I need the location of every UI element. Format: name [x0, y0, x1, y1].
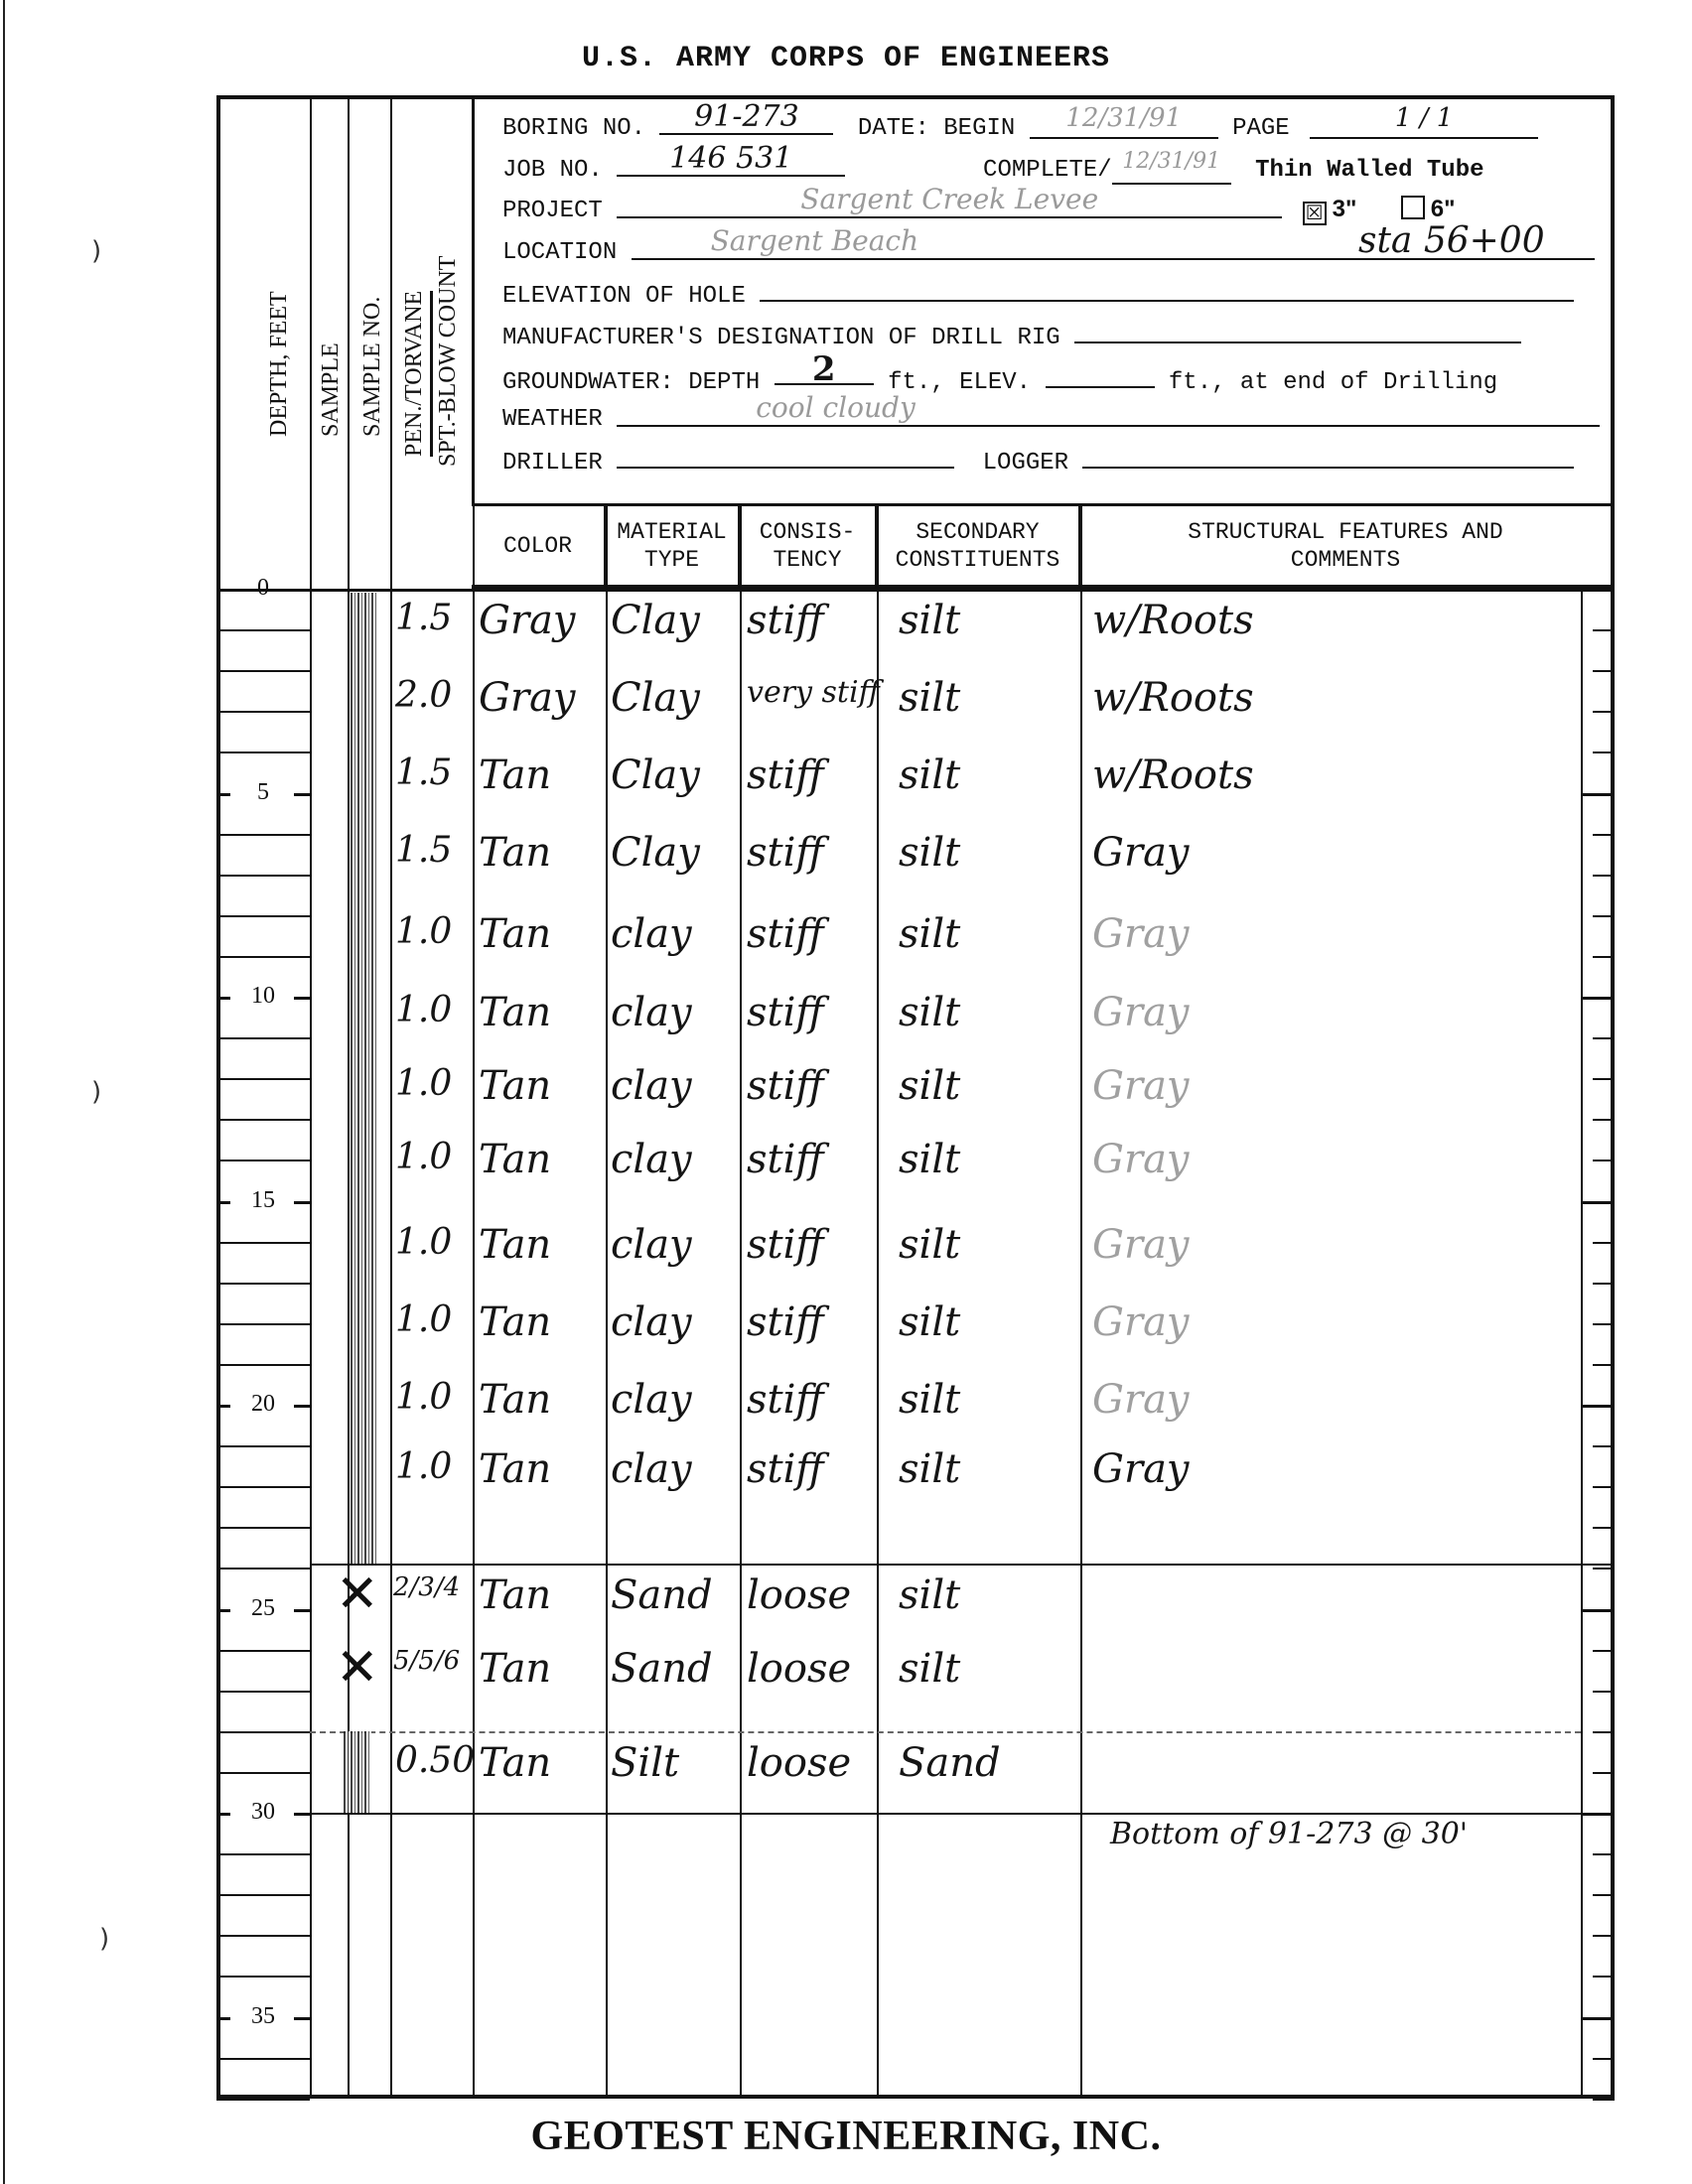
column-divider	[390, 95, 392, 2095]
color-value: Tan	[479, 911, 551, 957]
depth-minor-line	[216, 1160, 310, 1161]
consistency-value: stiff	[747, 830, 824, 876]
depth-tick-label: 0	[233, 575, 293, 602]
depth-major-tick	[294, 1813, 310, 1816]
right-minor-tick	[1593, 1445, 1615, 1447]
depth-major-tick	[216, 793, 230, 796]
right-minor-tick	[1593, 711, 1615, 713]
material-value: Clay	[611, 675, 700, 721]
comment-value: Gray	[1092, 1299, 1190, 1345]
right-minor-tick	[1593, 1037, 1615, 1039]
secondary-constituents-header: SECONDARY CONSTITUENTS	[877, 506, 1080, 585]
material-value: Clay	[611, 752, 700, 798]
elevation-field[interactable]	[760, 274, 1574, 302]
depth-minor-line	[216, 670, 310, 672]
pen-value: 1.0	[395, 1222, 452, 1263]
column-divider	[606, 506, 608, 2095]
pen-value: 1.0	[395, 1446, 452, 1487]
pen-value: 1.0	[395, 990, 452, 1030]
depth-minor-line	[216, 1323, 310, 1325]
right-minor-tick	[1593, 1527, 1615, 1529]
begin-date-value: 12/31/91	[1065, 103, 1182, 133]
right-major-tick	[1581, 1609, 1615, 1612]
bottom-of-boring-note: Bottom of 91-273 @ 30'	[1110, 1817, 1468, 1851]
pen-torvane-column-label: PEN./TORVANE	[401, 291, 433, 457]
drill-rig-label: MANUFACTURER'S DESIGNATION OF DRILL RIG	[502, 325, 1060, 351]
depth-minor-line	[216, 956, 310, 958]
spt-sample-x-icon: ✕	[336, 1642, 379, 1694]
groundwater-depth-value: 2	[812, 349, 836, 389]
consistency-value: stiff	[747, 1137, 824, 1182]
comment-value: Gray	[1092, 990, 1190, 1035]
pen-value: 1.0	[395, 1299, 452, 1340]
right-minor-tick	[1593, 1160, 1615, 1161]
right-minor-tick	[1593, 1242, 1615, 1244]
right-minor-tick	[1593, 1650, 1615, 1652]
material-value: clay	[611, 1063, 692, 1109]
driller-field[interactable]	[617, 441, 954, 469]
consistency-value: stiff	[747, 598, 824, 643]
boring-no-label: BORING NO.	[502, 115, 645, 142]
depth-major-tick	[294, 2017, 310, 2020]
spt-blow-column-label: SPT.-BLOW COUNT	[435, 256, 462, 467]
groundwater-elev-field[interactable]	[1046, 360, 1155, 388]
depth-tick-label: 5	[233, 779, 293, 806]
layer-boundary	[310, 1813, 1615, 1815]
right-minor-tick	[1593, 1853, 1615, 1855]
depth-minor-line	[216, 1037, 310, 1039]
date-label: DATE:	[858, 115, 929, 142]
consistency-value: loose	[747, 1572, 851, 1618]
depth-minor-line	[216, 1731, 310, 1733]
material-value: clay	[611, 1299, 692, 1345]
depth-major-tick	[216, 2017, 230, 2020]
secondary-value: silt	[899, 1299, 960, 1345]
right-minor-tick	[1593, 1568, 1615, 1570]
layer-boundary	[310, 1564, 1615, 1566]
comment-value: w/Roots	[1092, 598, 1254, 643]
depth-tick-label: 25	[233, 1595, 293, 1622]
page-value: 1 / 1	[1395, 103, 1453, 133]
groundwater-depth-field[interactable]: 2	[775, 357, 874, 385]
comment-value: w/Roots	[1092, 675, 1254, 721]
right-minor-tick	[1593, 915, 1615, 917]
color-value: Tan	[479, 1740, 551, 1786]
pen-value: 1.0	[395, 1063, 452, 1104]
right-minor-tick	[1593, 670, 1615, 672]
column-divider	[1080, 506, 1082, 2095]
pen-value: 1.0	[395, 1137, 452, 1177]
material-value: clay	[611, 1377, 692, 1423]
consistency-value: stiff	[747, 911, 824, 957]
comment-value: Gray	[1092, 911, 1190, 957]
depth-minor-line	[216, 629, 310, 631]
location-field[interactable]: Sargent Beach sta 56+00	[632, 232, 1595, 260]
depth-minor-line	[216, 1527, 310, 1529]
color-value: Tan	[479, 1137, 551, 1182]
right-minor-tick	[1593, 1119, 1615, 1121]
color-value: Tan	[479, 1222, 551, 1268]
pen-value: 1.5	[395, 830, 452, 871]
consistency-value: stiff	[747, 1377, 824, 1423]
pen-value: 1.0	[395, 911, 452, 952]
complete-label: COMPLETE/	[983, 157, 1112, 184]
tube-label: Thin Walled Tube	[1255, 157, 1483, 184]
depth-minor-line	[216, 1772, 310, 1774]
depth-minor-line	[216, 1283, 310, 1285]
right-minor-tick	[1593, 1772, 1615, 1774]
weather-value: cool cloudy	[756, 391, 916, 424]
column-divider	[877, 506, 879, 2095]
comment-value: Gray	[1092, 1137, 1190, 1182]
tube-sample-strip	[351, 593, 378, 1564]
depth-zero-line	[216, 589, 1615, 592]
material-value: Silt	[611, 1740, 679, 1786]
color-value: Gray	[479, 598, 576, 643]
secondary-value: silt	[899, 990, 960, 1035]
right-minor-tick	[1593, 751, 1615, 753]
depth-major-tick	[216, 997, 230, 1000]
elevation-label: ELEVATION OF HOLE	[502, 283, 746, 310]
color-value: Tan	[479, 1377, 551, 1423]
consistency-value: stiff	[747, 1063, 824, 1109]
secondary-value: silt	[899, 911, 960, 957]
material-value: Sand	[611, 1572, 713, 1618]
pen-value: 1.0	[395, 1377, 452, 1418]
depth-minor-line	[216, 915, 310, 917]
right-minor-tick	[1593, 1323, 1615, 1325]
comment-value: Gray	[1092, 830, 1190, 876]
right-minor-tick	[1593, 1364, 1615, 1366]
secondary-value: silt	[899, 1377, 960, 1423]
column-divider	[1581, 589, 1583, 2095]
right-minor-tick	[1593, 956, 1615, 958]
complete-date-field[interactable]: 12/31/91	[1112, 157, 1231, 185]
depth-tick-label: 15	[233, 1187, 293, 1214]
consistency-value: stiff	[747, 990, 824, 1035]
material-value: Clay	[611, 830, 700, 876]
right-minor-tick	[1593, 1894, 1615, 1896]
depth-minor-line	[216, 2099, 310, 2101]
page-edge	[3, 0, 5, 2184]
right-major-tick	[1581, 997, 1615, 1000]
depth-minor-line	[216, 1894, 310, 1896]
depth-minor-line	[216, 834, 310, 836]
secondary-value: silt	[899, 675, 960, 721]
binder-mark: )	[99, 1924, 109, 1954]
secondary-value: silt	[899, 1646, 960, 1692]
sample-column-label: SAMPLE	[318, 342, 345, 437]
right-minor-tick	[1593, 1078, 1615, 1080]
station-value: sta 56+00	[1358, 220, 1545, 261]
comment-value: Gray	[1092, 1222, 1190, 1268]
tube-sample-strip	[344, 1731, 371, 1813]
blow-count: 5/5/6	[393, 1646, 460, 1676]
consistency-value: stiff	[747, 1446, 824, 1492]
depth-major-tick	[294, 1405, 310, 1408]
color-value: Tan	[479, 990, 551, 1035]
right-minor-tick	[1593, 1691, 1615, 1693]
depth-minor-line	[216, 1935, 310, 1937]
secondary-value: silt	[899, 830, 960, 876]
color-value: Tan	[479, 1299, 551, 1345]
consistency-value: loose	[747, 1740, 851, 1786]
consistency-value: stiff	[747, 1299, 824, 1345]
driller-label: DRILLER	[502, 450, 603, 477]
right-minor-tick	[1593, 629, 1615, 631]
weather-field[interactable]: cool cloudy	[617, 399, 1600, 427]
right-minor-tick	[1593, 1486, 1615, 1488]
secondary-value: silt	[899, 1137, 960, 1182]
groundwater-label: GROUNDWATER: DEPTH	[502, 369, 760, 396]
material-value: clay	[611, 1137, 692, 1182]
end-of-drilling-label: ft., at end of Drilling	[1169, 369, 1497, 396]
material-value: clay	[611, 990, 692, 1035]
right-minor-tick	[1593, 2058, 1615, 2060]
depth-minor-line	[216, 1445, 310, 1447]
material-value: clay	[611, 1222, 692, 1268]
consistency-value: stiff	[747, 1222, 824, 1268]
drill-rig-field[interactable]	[1074, 316, 1521, 343]
tube-6in-checkbox[interactable]	[1401, 196, 1425, 219]
logger-label: LOGGER	[983, 450, 1068, 477]
depth-minor-line	[216, 875, 310, 877]
sample-no-column-label: SAMPLE NO.	[359, 297, 386, 437]
depth-tick-label: 20	[233, 1391, 293, 1418]
binder-mark: )	[91, 236, 101, 266]
spt-sample-x-icon: ✕	[336, 1569, 379, 1620]
color-value: Tan	[479, 1063, 551, 1109]
tube-6in-label: 6"	[1431, 196, 1456, 222]
column-divider	[310, 95, 312, 2095]
secondary-value: silt	[899, 1222, 960, 1268]
right-minor-tick	[1593, 1935, 1615, 1937]
depth-minor-line	[216, 1364, 310, 1366]
depth-minor-line	[216, 1853, 310, 1855]
consistency-value: loose	[747, 1646, 851, 1692]
comment-value: Gray	[1092, 1063, 1190, 1109]
right-minor-tick	[1593, 1976, 1615, 1978]
comment-value: Gray	[1092, 1377, 1190, 1423]
binder-mark: )	[91, 1077, 101, 1107]
right-minor-tick	[1593, 1283, 1615, 1285]
depth-tick-label: 35	[233, 2003, 293, 2030]
tube-3in-checkbox[interactable]: ☒	[1303, 202, 1327, 225]
material-value: clay	[611, 1446, 692, 1492]
depth-major-tick	[294, 997, 310, 1000]
material-value: Sand	[611, 1646, 713, 1692]
right-major-tick	[1581, 2017, 1615, 2020]
depth-major-tick	[216, 1609, 230, 1612]
layer-dashed-boundary	[310, 1731, 1581, 1733]
comment-value: w/Roots	[1092, 752, 1254, 798]
secondary-value: silt	[899, 598, 960, 643]
color-value: Gray	[479, 675, 576, 721]
project-value: Sargent Creek Levee	[800, 183, 1098, 215]
column-divider	[473, 95, 475, 2095]
weather-label: WEATHER	[502, 406, 603, 433]
page-label: PAGE	[1232, 115, 1290, 142]
right-major-tick	[1581, 1201, 1615, 1204]
depth-minor-line	[216, 711, 310, 713]
depth-major-tick	[294, 1201, 310, 1204]
blow-count: 2/3/4	[393, 1572, 460, 1602]
project-label: PROJECT	[502, 198, 603, 224]
secondary-value: Sand	[899, 1740, 1001, 1786]
begin-label: BEGIN	[943, 115, 1015, 142]
right-minor-tick	[1593, 1731, 1615, 1733]
depth-minor-line	[216, 1568, 310, 1570]
header-info: BORING NO. 91-273 DATE: BEGIN 12/31/91 P…	[472, 95, 1615, 506]
material-value: Clay	[611, 598, 700, 643]
right-minor-tick	[1593, 2099, 1615, 2101]
depth-major-tick	[216, 1813, 230, 1816]
depth-major-tick	[216, 589, 230, 592]
job-no-value: 146 531	[669, 141, 792, 176]
column-divider	[740, 506, 742, 2095]
depth-major-tick	[294, 793, 310, 796]
depth-minor-line	[216, 1976, 310, 1978]
consistency-value: very stiff	[747, 675, 880, 710]
secondary-value: silt	[899, 1446, 960, 1492]
depth-major-tick	[216, 1201, 230, 1204]
depth-tick-label: 30	[233, 1799, 293, 1826]
location-value: Sargent Beach	[711, 224, 919, 257]
job-no-label: JOB NO.	[502, 157, 603, 184]
depth-major-tick	[294, 589, 310, 592]
secondary-value: silt	[899, 752, 960, 798]
depth-minor-line	[216, 751, 310, 753]
depth-major-tick	[216, 1405, 230, 1408]
depth-minor-line	[216, 1486, 310, 1488]
tube-3in-label: 3"	[1333, 196, 1357, 222]
begin-date-field[interactable]: 12/31/91	[1030, 111, 1218, 139]
color-value: Tan	[479, 1646, 551, 1692]
company-footer: GEOTEST ENGINEERING, INC.	[0, 2113, 1692, 2160]
structural-features-header: STRUCTURAL FEATURES AND COMMENTS	[1080, 506, 1611, 585]
page-field[interactable]: 1 / 1	[1310, 111, 1538, 139]
boring-no-field[interactable]: 91-273	[659, 107, 833, 135]
logger-field[interactable]	[1082, 441, 1574, 469]
color-value: Tan	[479, 1572, 551, 1618]
project-field[interactable]: Sargent Creek Levee	[617, 191, 1282, 218]
column-header-row: COLOR MATERIAL TYPE CONSIS-TENCY SECONDA…	[472, 506, 1615, 589]
pen-value: 0.50	[395, 1740, 475, 1781]
depth-minor-line	[216, 1242, 310, 1244]
location-label: LOCATION	[502, 239, 617, 266]
depth-minor-line	[216, 1650, 310, 1652]
pen-value: 2.0	[395, 675, 452, 716]
color-header: COLOR	[472, 506, 606, 585]
job-no-field[interactable]: 146 531	[617, 149, 845, 177]
comment-value: Gray	[1092, 1446, 1190, 1492]
right-minor-tick	[1593, 875, 1615, 877]
depth-column-label: DEPTH, FEET	[266, 291, 293, 437]
depth-minor-line	[216, 1691, 310, 1693]
organization-title: U.S. ARMY CORPS OF ENGINEERS	[0, 42, 1692, 75]
pen-value: 1.5	[395, 752, 452, 793]
color-value: Tan	[479, 830, 551, 876]
depth-minor-line	[216, 1078, 310, 1080]
color-value: Tan	[479, 752, 551, 798]
depth-minor-line	[216, 1119, 310, 1121]
pen-value: 1.5	[395, 598, 452, 638]
depth-tick-label: 10	[233, 983, 293, 1010]
right-major-tick	[1581, 793, 1615, 796]
boring-no-value: 91-273	[694, 99, 799, 134]
material-value: clay	[611, 911, 692, 957]
consistency-value: stiff	[747, 752, 824, 798]
right-major-tick	[1581, 1405, 1615, 1408]
depth-minor-line	[216, 2058, 310, 2060]
complete-date-value: 12/31/91	[1122, 149, 1220, 174]
color-value: Tan	[479, 1446, 551, 1492]
secondary-value: silt	[899, 1572, 960, 1618]
right-minor-tick	[1593, 834, 1615, 836]
consistency-header: CONSIS-TENCY	[740, 506, 877, 585]
depth-major-tick	[294, 1609, 310, 1612]
material-type-header: MATERIAL TYPE	[606, 506, 740, 585]
secondary-value: silt	[899, 1063, 960, 1109]
